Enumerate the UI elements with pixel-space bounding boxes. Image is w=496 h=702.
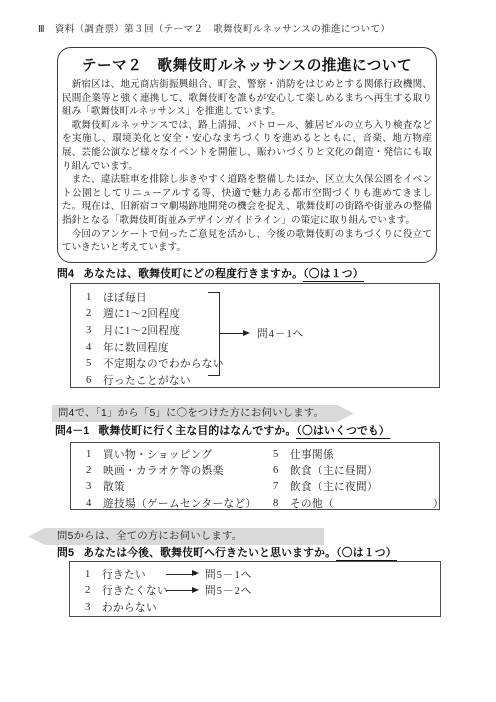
option-label: 行きたくない (102, 583, 166, 598)
q4-option-6: 6 行ったことがない (86, 372, 439, 389)
q4-heading: 問4あなたは、歌舞伎町にどの程度行きますか。（〇は１つ） (57, 266, 364, 281)
q5-question: あなたは今後、歌舞伎町へ行きたいと思いますか。 (83, 547, 336, 559)
q4-question: あなたは、歌舞伎町にどの程度行きますか。 (83, 268, 303, 280)
q4-1-option-3: 3 散策 (86, 479, 273, 495)
option-number: 1 (85, 569, 102, 580)
option-number: 2 (85, 585, 102, 596)
q4-1-filter-banner: 問4で、「1」から「5」に〇をつけた方にお伺いします。 (52, 405, 354, 422)
option-label: 遊技場（ゲームセンターなど） (103, 496, 257, 511)
option-number: 3 (86, 481, 103, 492)
intro-paragraph-3: また、違法駐車を排除し歩きやすく道路を整備したほか、区立大久保公園をイベント公園… (62, 173, 432, 227)
q4-option-2: 2 週に1～2回程度 (86, 306, 439, 323)
q5-heading: 問5あなたは今後、歌舞伎町へ行きたいと思いますか。（〇は１つ） (57, 545, 397, 560)
option-label: 散策 (103, 479, 125, 494)
option-label: 飲食（主に昼間） (290, 463, 378, 478)
q4-1-left-column: 1 買い物・ショッピング 2 映画・カラオケ等の娯楽 3 散策 4 遊技場（ゲー… (86, 446, 273, 511)
option-label: ほぼ毎日 (103, 290, 147, 305)
option-label: 買い物・ショッピング (103, 447, 213, 462)
q4-1-option-4: 4 遊技場（ゲームセンターなど） (86, 495, 273, 511)
option-label: 行きたい (102, 567, 166, 582)
q4-1-option-1: 1 買い物・ショッピング (86, 446, 273, 462)
option-label: 行ったことがない (103, 373, 191, 388)
option-number: 8 (273, 498, 290, 509)
q4-1-question: 歌舞伎町に行く主な目的はなんですか。 (98, 425, 296, 437)
option-label: 仕事関係 (290, 447, 334, 462)
option-number: 7 (273, 481, 290, 492)
option-label: 飲食（主に夜間） (290, 479, 378, 494)
q4-1-option-2: 2 映画・カラオケ等の娯楽 (86, 462, 273, 478)
option-number: 6 (86, 375, 103, 386)
option-number: 1 (86, 449, 103, 460)
q5-label: 問5 (57, 547, 74, 559)
q4-option-1: 1 ほぼ毎日 (86, 289, 439, 306)
option-number: 3 (85, 602, 102, 613)
goto-arrow-icon (220, 333, 247, 334)
goto-arrow-icon (166, 574, 196, 575)
q5-goto-label: 問5－2へ (205, 583, 252, 598)
q4-option-5: 5 不定期なのでわからない (86, 355, 439, 372)
option-label: 月に1～2回程度 (103, 323, 180, 338)
option-number: 2 (86, 308, 103, 319)
goto-arrow-icon (166, 590, 196, 591)
option-number: 5 (273, 449, 290, 460)
q4-1-option-8: 8 その他（ ） (273, 495, 444, 511)
q4-goto-label: 問4－1へ (257, 326, 304, 341)
q4-1-options-box: 1 買い物・ショッピング 2 映画・カラオケ等の娯楽 3 散策 4 遊技場（ゲー… (70, 442, 440, 510)
q4-1-heading: 問4－1歌舞伎町に行く主な目的はなんですか。（〇はいくつでも） (55, 423, 390, 438)
option-number: 5 (86, 358, 103, 369)
q4-1-right-column: 5 仕事関係 6 飲食（主に昼間） 7 飲食（主に夜間） 8 その他（ ） (273, 446, 444, 511)
intro-title: テーマ２ 歌舞伎町ルネッサンスの推進について (62, 54, 432, 75)
q4-label: 問4 (57, 268, 74, 280)
q5-option-3: 3 わからない (85, 599, 440, 616)
option-number: 2 (86, 465, 103, 476)
intro-paragraph-4: 今回のアンケートで伺ったご意見を活かし、今後の歌舞伎町のまちづくりに役立てていき… (62, 228, 432, 255)
q4-1-option-5: 5 仕事関係 (273, 446, 444, 462)
q5-option-2: 2 行きたくない 問5－2へ (85, 583, 440, 600)
option-label: 不定期なのでわからない (103, 356, 224, 371)
option-number: 4 (86, 498, 103, 509)
intro-box: テーマ２ 歌舞伎町ルネッサンスの推進について 新宿区は、地元商店街振興組合、町会… (57, 47, 437, 263)
options-bracket (208, 292, 220, 376)
intro-paragraph-2: 歌舞伎町ルネッサンスでは、路上清掃、パトロール、雑居ビルの立ち入り検査などを実施… (62, 119, 432, 173)
option-label: わからない (102, 600, 157, 615)
option-number: 1 (86, 292, 103, 303)
q4-1-option-6: 6 飲食（主に昼間） (273, 462, 444, 478)
intro-paragraph-1: 新宿区は、地元商店街振興組合、町会、警察・消防をはじめとする関係行政機関、民間企… (62, 78, 432, 119)
q4-instruction: （〇は１つ） (303, 268, 364, 282)
page-header: Ⅲ 資料（調査票）第３回（テーマ２ 歌舞伎町ルネッサンスの推進について） (38, 21, 468, 35)
q4-1-option-7: 7 飲食（主に夜間） (273, 479, 444, 495)
option-label: 映画・カラオケ等の娯楽 (103, 463, 224, 478)
option-number: 6 (273, 465, 290, 476)
q4-1-label: 問4－1 (55, 425, 89, 437)
q4-1-instruction: （〇はいくつでも） (296, 425, 390, 439)
option-label: その他（ ） (290, 496, 444, 511)
q5-options-box: 1 行きたい 問5－1へ 2 行きたくない 問5－2へ 3 わからない (69, 561, 441, 617)
option-number: 4 (86, 342, 103, 353)
option-number: 3 (86, 325, 103, 336)
q5-goto-label: 問5－1へ (205, 567, 252, 582)
q4-option-4: 4 年に数回程度 (86, 339, 439, 356)
option-label: 年に数回程度 (103, 340, 169, 355)
q5-filter-banner: 問5からは、全ての方にお伺いします。 (28, 528, 324, 545)
q4-options-box: 1 ほぼ毎日 2 週に1～2回程度 3 月に1～2回程度 4 年に数回程度 5 … (70, 283, 440, 388)
q5-option-1: 1 行きたい 問5－1へ (85, 566, 440, 583)
q5-instruction: （〇は１つ） (336, 547, 397, 561)
option-label: 週に1～2回程度 (103, 306, 180, 321)
